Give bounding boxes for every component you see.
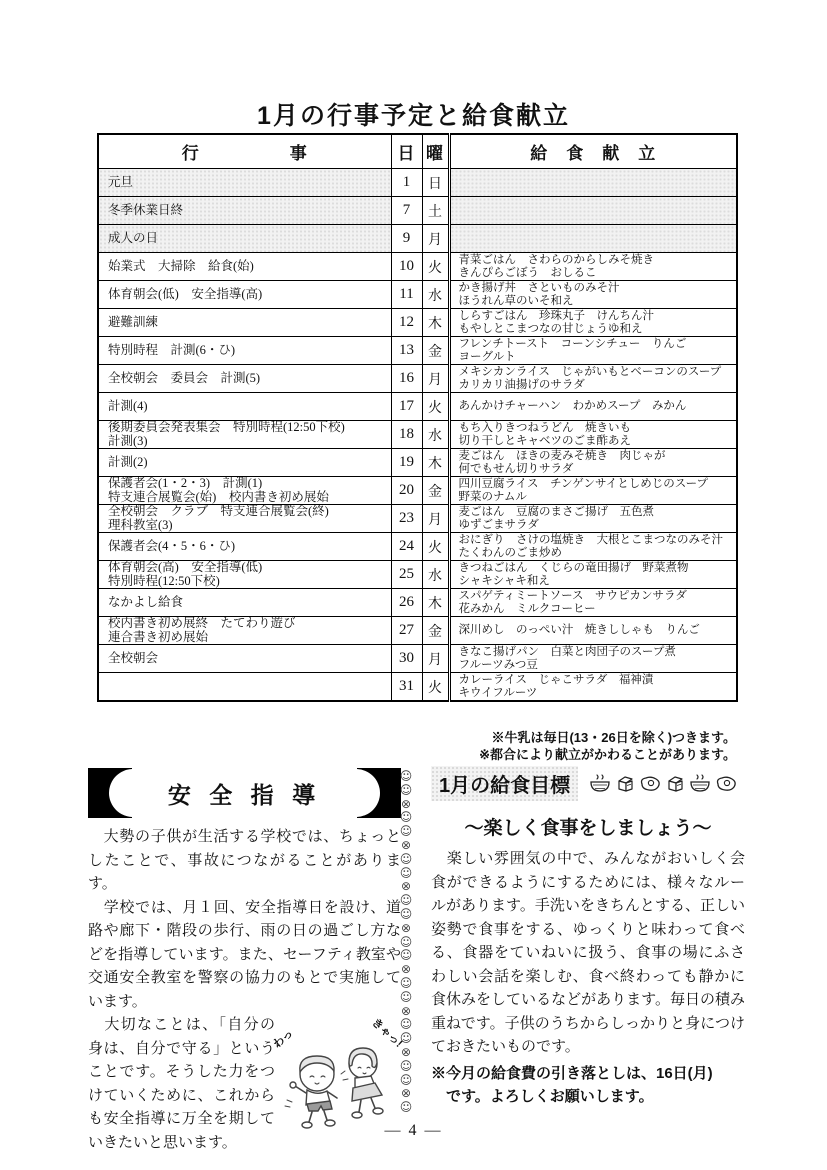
menu-cell: [449, 169, 737, 197]
weekday-cell: 火: [422, 533, 449, 561]
event-cell: 校内書き初め展終 たてわり遊び 連合書き初め展始: [98, 617, 391, 645]
table-row: 全校朝会 委員会 計測(5) 16 月 メキシカンライス じゃがいもとベーコンの…: [98, 365, 737, 393]
weekday-cell: 水: [422, 421, 449, 449]
table-row: 計測(2) 19 木 麦ごはん ほきの麦みそ焼き 肉じゃが 何でもせん切りサラダ: [98, 449, 737, 477]
menu-cell: 四川豆腐ライス チンゲンサイとしめじのスープ 野菜のナムル: [449, 477, 737, 505]
table-row: 全校朝会 クラブ 特支連合展覧会(終) 理科教室(3) 23 月 麦ごはん 豆腐…: [98, 505, 737, 533]
day-cell: 19: [391, 449, 422, 477]
header-weekday: 曜: [422, 134, 449, 169]
safety-header: 安 全 指 導: [88, 768, 401, 818]
weekday-cell: 木: [422, 309, 449, 337]
day-cell: 20: [391, 477, 422, 505]
day-cell: 30: [391, 645, 422, 673]
safety-paragraph: 大勢の子供が生活する学校では、ちょっとしたことで、事故につながることがあります。: [88, 826, 401, 897]
menu-cell: 麦ごはん 豆腐のまさご揚げ 五色煮 ゆずごまサラダ: [449, 505, 737, 533]
milk-carton-icon: [664, 774, 686, 793]
weekday-cell: 月: [422, 365, 449, 393]
table-row: 計測(4) 17 火 あんかけチャーハン わかめスープ みかん: [98, 393, 737, 421]
day-cell: 31: [391, 673, 422, 702]
day-cell: 25: [391, 561, 422, 589]
menu-cell: [449, 225, 737, 253]
event-cell: 全校朝会: [98, 645, 391, 673]
fried-egg-icon: [638, 775, 662, 792]
table-row: 保護者会(4・5・6・ひ) 24 火 おにぎり さけの塩焼き 大根とこまつなのみ…: [98, 533, 737, 561]
event-cell: 成人の日: [98, 225, 391, 253]
menu-cell: あんかけチャーハン わかめスープ みかん: [449, 393, 737, 421]
lunch-goal-section: 1月の給食目標 ～楽しく食事をしましょう～ 楽しい雰囲気の中で、みんながおいしく…: [431, 766, 745, 1108]
day-cell: 18: [391, 421, 422, 449]
event-cell: 避難訓練: [98, 309, 391, 337]
page-title: 1月の行事予定と給食献立: [0, 96, 827, 132]
table-row: 31 火 カレーライス じゃこサラダ 福神漬 キウイフルーツ: [98, 673, 737, 702]
event-cell: 後期委員会発表集会 特別時程(12:50下校) 計測(3): [98, 421, 391, 449]
lunch-fee-note: ※今月の給食費の引き落としは、16日(月) です。よろしくお願いします。: [431, 1062, 745, 1108]
weekday-cell: 月: [422, 645, 449, 673]
table-row: 元旦 1 日: [98, 169, 737, 197]
event-cell: 計測(2): [98, 449, 391, 477]
safety-section: 安 全 指 導 大勢の子供が生活する学校では、ちょっとしたことで、事故につながる…: [88, 768, 401, 1155]
table-row: 始業式 大掃除 給食(始) 10 火 青菜ごはん さわらのからしみそ焼き きんぴ…: [98, 253, 737, 281]
weekday-cell: 金: [422, 337, 449, 365]
header-event: 行 事: [98, 134, 391, 169]
lunch-goal-title: 1月の給食目標: [431, 766, 578, 801]
event-cell: 全校朝会 委員会 計測(5): [98, 365, 391, 393]
menu-cell: スパゲティミートソース サウピカンサラダ 花みかん ミルクコーヒー: [449, 589, 737, 617]
event-cell: なかよし給食: [98, 589, 391, 617]
lunch-goal-header: 1月の給食目標: [431, 766, 745, 801]
left-bracket-icon: [88, 768, 132, 818]
table-row: 全校朝会 30 月 きなこ揚げパン 白菜と肉団子のスープ煮 フルーツみつ豆: [98, 645, 737, 673]
event-cell: 特別時程 計測(6・ひ): [98, 337, 391, 365]
children-illustration: わっ きゃっ!: [279, 1030, 401, 1130]
menu-cell: メキシカンライス じゃがいもとベーコンのスープ カリカリ油揚げのサラダ: [449, 365, 737, 393]
weekday-cell: 金: [422, 617, 449, 645]
weekday-cell: 月: [422, 225, 449, 253]
table-row: 校内書き初め展終 たてわり遊び 連合書き初め展始 27 金 深川めし のっぺい汁…: [98, 617, 737, 645]
weekday-cell: 木: [422, 589, 449, 617]
right-bracket-icon: [357, 768, 401, 818]
weekday-cell: 日: [422, 169, 449, 197]
milk-carton-icon: [614, 774, 636, 793]
day-cell: 27: [391, 617, 422, 645]
header-day: 日: [391, 134, 422, 169]
menu-cell: 麦ごはん ほきの麦みそ焼き 肉じゃが 何でもせん切りサラダ: [449, 449, 737, 477]
event-cell: 元旦: [98, 169, 391, 197]
day-cell: 7: [391, 197, 422, 225]
food-icons: [588, 774, 738, 793]
page-number: — 4 —: [0, 1122, 827, 1140]
fried-egg-icon: [714, 775, 738, 792]
day-cell: 23: [391, 505, 422, 533]
weekday-cell: 金: [422, 477, 449, 505]
day-cell: 26: [391, 589, 422, 617]
menu-cell: カレーライス じゃこサラダ 福神漬 キウイフルーツ: [449, 673, 737, 702]
newsletter-page: 1月の行事予定と給食献立 行 事 日 曜 給 食 献 立 元旦 1 日 冬季休業…: [0, 0, 827, 1170]
weekday-cell: 木: [422, 449, 449, 477]
event-cell: 保護者会(1・2・3) 計測(1) 特支連合展覧会(始) 校内書き初め展始: [98, 477, 391, 505]
day-cell: 9: [391, 225, 422, 253]
weekday-cell: 火: [422, 253, 449, 281]
table-row: 保護者会(1・2・3) 計測(1) 特支連合展覧会(始) 校内書き初め展始 20…: [98, 477, 737, 505]
table-row: 特別時程 計測(6・ひ) 13 金 フレンチトースト コーンシチュー りんご ヨ…: [98, 337, 737, 365]
day-cell: 13: [391, 337, 422, 365]
menu-cell: かき揚げ丼 さといものみそ汁 ほうれん草のいそ和え: [449, 281, 737, 309]
safety-paragraph: 学校では、月１回、安全指導日を設け、道路や廊下・階段の歩行、雨の日の過ごし方など…: [88, 897, 401, 1015]
safety-title: 安 全 指 導: [168, 777, 321, 810]
menu-cell: フレンチトースト コーンシチュー りんご ヨーグルト: [449, 337, 737, 365]
weekday-cell: 月: [422, 505, 449, 533]
table-header-row: 行 事 日 曜 給 食 献 立: [98, 134, 737, 169]
menu-cell: おにぎり さけの塩焼き 大根とこまつなのみそ汁 たくわんのごま炒め: [449, 533, 737, 561]
day-cell: 10: [391, 253, 422, 281]
event-cell: 保護者会(4・5・6・ひ): [98, 533, 391, 561]
weekday-cell: 水: [422, 281, 449, 309]
menu-cell: 深川めし のっぺい汁 焼きししゃも りんご: [449, 617, 737, 645]
schedule-table-body: 元旦 1 日 冬季休業日終 7 土 成人の日 9 月 始業式 大掃除 給食(始)…: [98, 169, 737, 702]
weekday-cell: 火: [422, 673, 449, 702]
event-cell: 計測(4): [98, 393, 391, 421]
rice-bowl-icon: [588, 774, 612, 793]
header-menu: 給 食 献 立: [449, 134, 737, 169]
event-cell: 始業式 大掃除 給食(始): [98, 253, 391, 281]
table-row: 体育朝会(高) 安全指導(低) 特別時程(12:50下校) 25 水 きつねごは…: [98, 561, 737, 589]
table-row: 冬季休業日終 7 土: [98, 197, 737, 225]
menu-cell: 青菜ごはん さわらのからしみそ焼き きんぴらごぼう おしるこ: [449, 253, 737, 281]
day-cell: 16: [391, 365, 422, 393]
weekday-cell: 水: [422, 561, 449, 589]
day-cell: 17: [391, 393, 422, 421]
lunch-goal-subtitle: ～楽しく食事をしましょう～: [431, 813, 745, 840]
menu-cell: [449, 197, 737, 225]
menu-cell: きなこ揚げパン 白菜と肉団子のスープ煮 フルーツみつ豆: [449, 645, 737, 673]
weekday-cell: 火: [422, 393, 449, 421]
day-cell: 11: [391, 281, 422, 309]
event-cell: 全校朝会 クラブ 特支連合展覧会(終) 理科教室(3): [98, 505, 391, 533]
menu-cell: もち入りきつねうどん 焼きいも 切り干しとキャベツのごま酢あえ: [449, 421, 737, 449]
schedule-table: 行 事 日 曜 給 食 献 立 元旦 1 日 冬季休業日終 7 土 成人の日 9…: [97, 133, 738, 702]
lunch-goal-paragraph: 楽しい雰囲気の中で、みんながおいしく会食ができるようにするためには、様々なルール…: [431, 848, 745, 1060]
event-cell: 冬季休業日終: [98, 197, 391, 225]
event-cell: 体育朝会(高) 安全指導(低) 特別時程(12:50下校): [98, 561, 391, 589]
rice-bowl-icon: [688, 774, 712, 793]
table-row: 成人の日 9 月: [98, 225, 737, 253]
table-row: 体育朝会(低) 安全指導(高) 11 水 かき揚げ丼 さといものみそ汁 ほうれん…: [98, 281, 737, 309]
table-row: 後期委員会発表集会 特別時程(12:50下校) 計測(3) 18 水 もち入りき…: [98, 421, 737, 449]
day-cell: 12: [391, 309, 422, 337]
event-cell: 体育朝会(低) 安全指導(高): [98, 281, 391, 309]
day-cell: 24: [391, 533, 422, 561]
smiley-divider: ☺☺⊗☺☺⊗☺☺⊗☺☺⊗☺☺⊗☺☺⊗☺☺⊗☺☺⊗☺: [399, 770, 413, 1115]
day-cell: 1: [391, 169, 422, 197]
menu-cell: しらすごはん 珍珠丸子 けんちん汁 もやしとこまつなの甘じょうゆ和え: [449, 309, 737, 337]
menu-cell: きつねごはん くじらの竜田揚げ 野菜煮物 シャキシャキ和え: [449, 561, 737, 589]
event-cell: [98, 673, 391, 702]
table-row: 避難訓練 12 木 しらすごはん 珍珠丸子 けんちん汁 もやしとこまつなの甘じょ…: [98, 309, 737, 337]
table-notes: ※牛乳は毎日(13・26日を除く)つきます。 ※都合により献立がかわることがあり…: [479, 729, 736, 763]
table-row: なかよし給食 26 木 スパゲティミートソース サウピカンサラダ 花みかん ミル…: [98, 589, 737, 617]
weekday-cell: 土: [422, 197, 449, 225]
